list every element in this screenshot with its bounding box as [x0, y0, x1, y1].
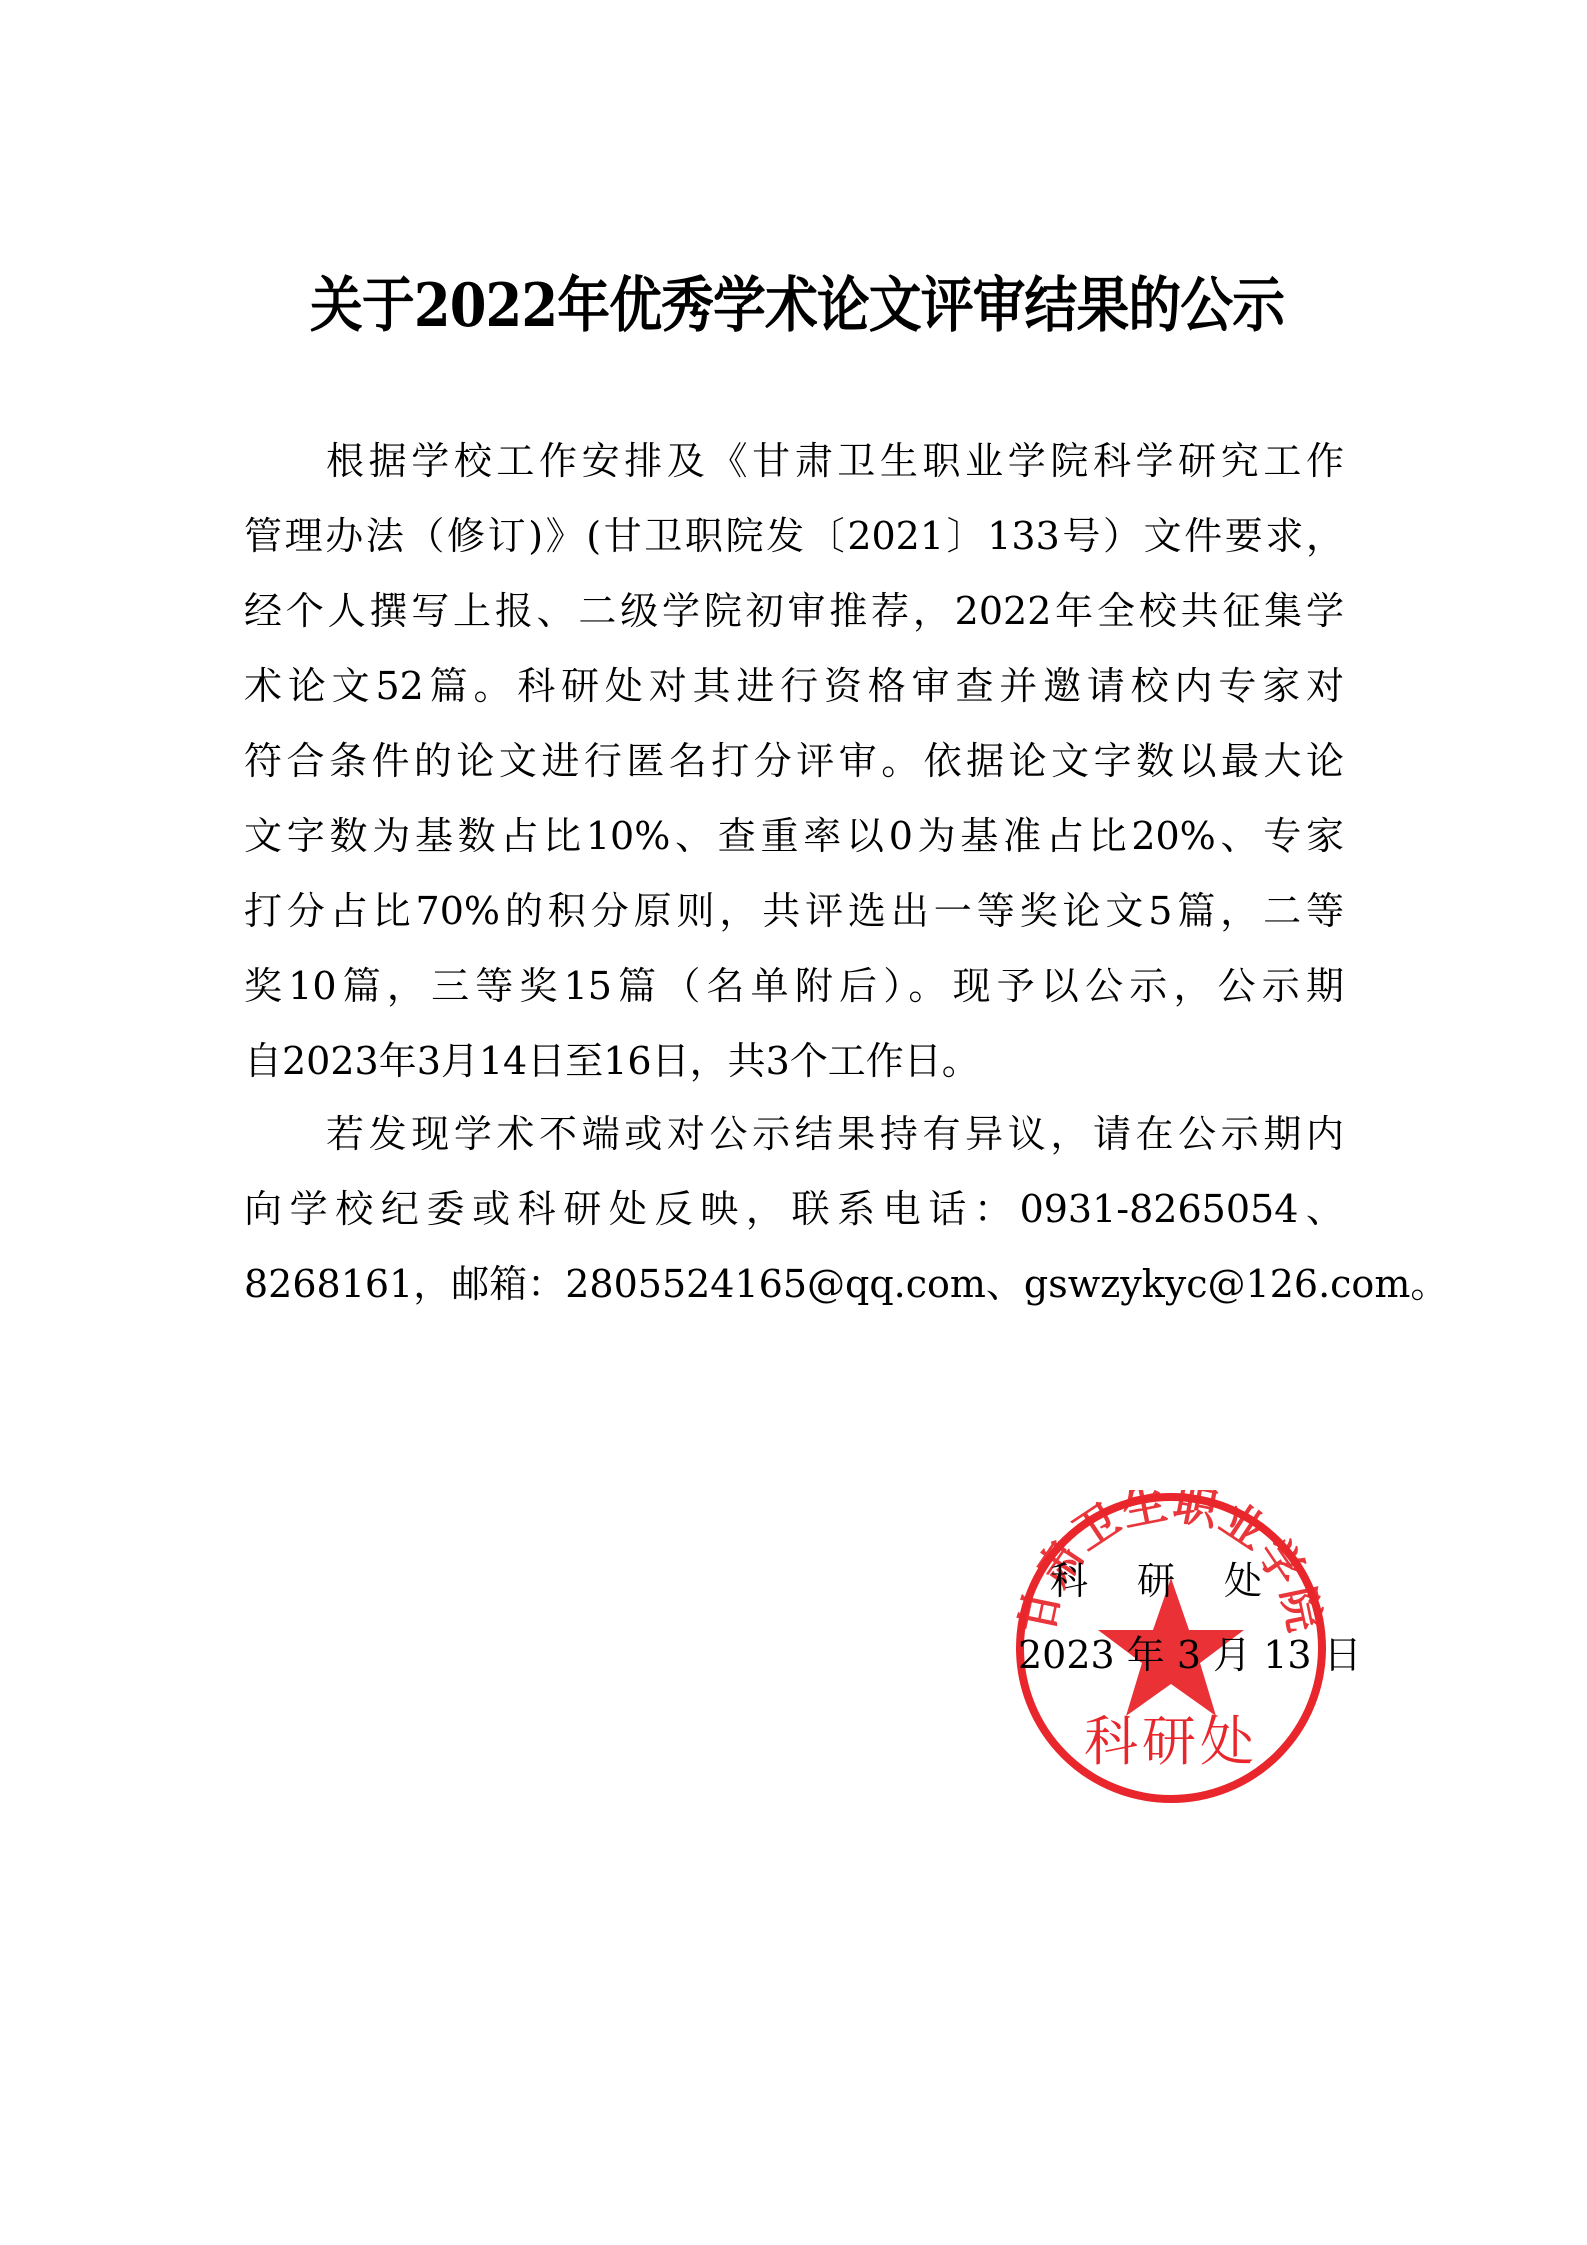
- body-line: 打分占比70%的积分原则，共评选出一等奖论文5篇，二等: [244, 884, 1344, 938]
- body-line: 奖10篇，三等奖15篇（名单附后）。现予以公示，公示期: [244, 959, 1344, 1013]
- signature-date: 2023 年 3 月 13 日: [1018, 1630, 1344, 1680]
- body-line: 文字数为基数占比10%、查重率以0为基准占比20%、专家: [244, 809, 1344, 863]
- body-line: 根据学校工作安排及《甘肃卫生职业学院科学研究工作: [326, 434, 1344, 488]
- body-line: 8268161，邮箱：2805524165@qq.com、gswzykyc@12…: [244, 1257, 1344, 1311]
- body-line: 自2023年3月14日至16日，共3个工作日。: [244, 1034, 1344, 1088]
- body-line: 术论文52篇。科研处对其进行资格审查并邀请校内专家对: [244, 659, 1344, 713]
- body-line: 若发现学术不端或对公示结果持有异议，请在公示期内: [326, 1107, 1344, 1161]
- seal-center-text: 科研处: [1084, 1710, 1258, 1773]
- document-title: 关于2022年优秀学术论文评审结果的公示: [310, 266, 1278, 346]
- body-line: 符合条件的论文进行匿名打分评审。依据论文字数以最大论: [244, 734, 1344, 788]
- body-line: 经个人撰写上报、二级学院初审推荐，2022年全校共征集学: [244, 584, 1344, 638]
- document-page: 关于2022年优秀学术论文评审结果的公示 根据学校工作安排及《甘肃卫生职业学院科…: [0, 0, 1587, 2245]
- body-line: 向学校纪委或科研处反映，联系电话：0931-8265054、: [244, 1182, 1344, 1236]
- body-line: 管理办法（修订)》(甘卫职院发〔2021〕133号）文件要求，: [244, 509, 1344, 563]
- signature-department: 科 研 处: [1050, 1556, 1262, 1606]
